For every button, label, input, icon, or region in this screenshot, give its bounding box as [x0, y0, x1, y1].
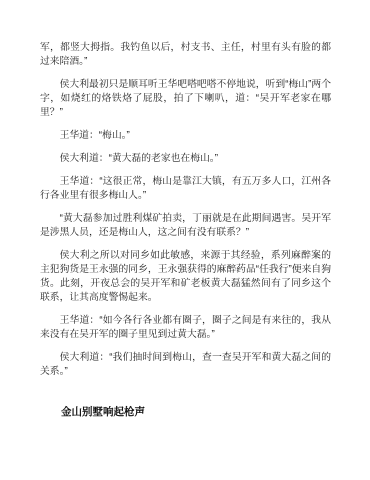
- paragraph: 侯大利道：“我们抽时间到梅山，查一查吴开军和黄大磊之间的关系。”: [40, 351, 331, 379]
- paragraph: 军，都竖大拇指。我钓鱼以后，村支书、主任，村里有头有脸的都过来陪酒。”: [40, 41, 331, 69]
- paragraph: 侯大利道：“黄大磊的老家也在梅山。”: [40, 152, 331, 166]
- paragraph: “黄大磊参加过胜利煤矿拍卖，丁丽就是在此期间遇害。吴开军是涉黑人员，还是梅山人，…: [40, 212, 331, 240]
- paragraph: 王华道：“这很正常，梅山是靠江大镇，有五万多人口，江州各行各业里有很多梅山人。”: [40, 175, 331, 203]
- text-block: 军，都竖大拇指。我钓鱼以后，村支书、主任，村里有头有脸的都过来陪酒。” 侯大利最…: [40, 41, 331, 420]
- paragraph: 侯大利之所以对同乡如此敏感，来源于其经验，系列麻醉案的主犯狗货是王永强的同乡，王…: [40, 249, 331, 305]
- paragraph: 王华道：“如今各行各业都有圈子，圈子之间是有来往的，我从来没有在吴开军的圈子里见…: [40, 314, 331, 342]
- paragraph: 王华道：“梅山。”: [40, 129, 331, 143]
- section-heading: 金山别墅响起枪声: [40, 405, 331, 420]
- paragraph: 侯大利最初只是顺耳听王华吧嗒吧嗒不停地说，听到“梅山”两个字，如烧红的烙铁烙了屁…: [40, 78, 331, 120]
- ebook-page: 军，都竖大拇指。我钓鱼以后，村支书、主任，村里有头有脸的都过来陪酒。” 侯大利最…: [0, 0, 370, 480]
